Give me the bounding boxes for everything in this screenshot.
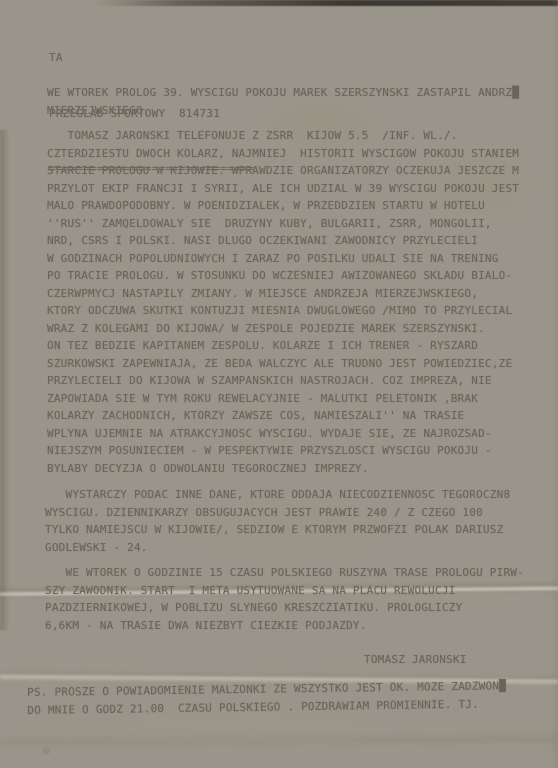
scan-right-edge [550,0,558,768]
paragraph-prologue-details: WE WTOREK O GODZINIE 15 CZASU POLSKIEGO … [45,564,524,634]
paragraph-lead: WE WTOREK PROLOG 39. WYSCIGU POKOJU MARE… [47,84,519,119]
postscript: PS. PROSZE O POWIADOMIENIE MALZONKI ZE W… [27,677,506,719]
telex-station-code: TA [49,49,254,68]
paragraph-report: TOMASZ JARONSKI TELEFONUJE Z ZSRR KIJOW … [47,127,519,477]
scanned-telex-page: { "colors": { "paper": "#e8e4d4", "ink":… [0,0,558,768]
author-signature: TOMASZ JARONSKI [364,651,467,669]
scan-top-edge [95,0,558,6]
paragraph-statistics: WYSTARCZY PODAC INNE DANE, KTORE ODDAJA … [45,486,510,556]
footer-registration-mark: ⊕ [42,746,50,757]
scan-left-edge [0,130,9,630]
